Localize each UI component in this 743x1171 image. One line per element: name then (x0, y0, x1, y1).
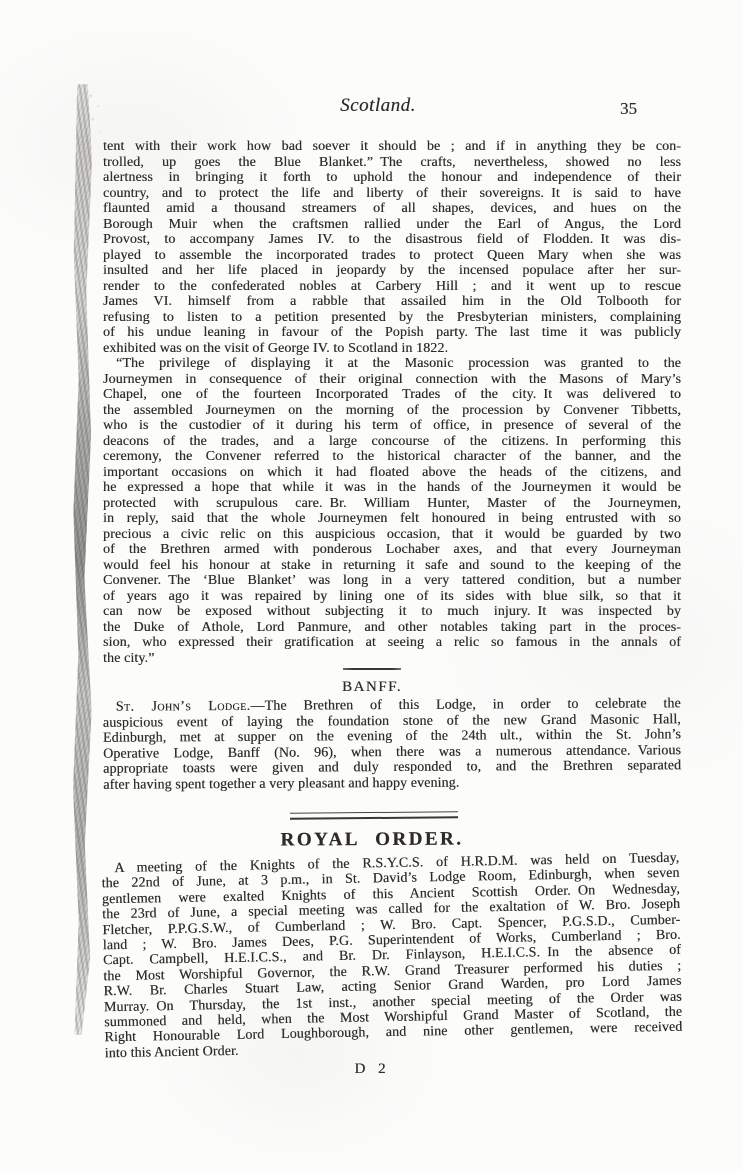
text-line: deacons of the trades, and a large conco… (103, 434, 681, 450)
text-line: Convener. The ‘Blue Blanket’ was long in… (103, 573, 681, 589)
section-heading-royal-order: ROYAL ORDER. (83, 827, 661, 852)
text-line: refusing to listen to a petition present… (103, 310, 681, 326)
text-line: James VI. himself from a rabble that ass… (103, 294, 681, 310)
scanned-book-page: Scotland. 35 tent with their work how ba… (0, 0, 743, 1171)
text-line: trolled, up goes the Blue Blanket.” The … (103, 155, 681, 171)
text-line: “The privilege of displaying it at the M… (103, 356, 681, 372)
text-line: tent with their work how bad soever it s… (103, 139, 681, 155)
text-line: protected with scrupulous care. Br. Will… (103, 496, 681, 512)
text-line: render to the confederated nobles at Car… (103, 279, 681, 295)
text-line: sion, who expressed their gratification … (103, 635, 681, 651)
text-line: of his undue leaning in favour of the Po… (103, 325, 681, 341)
paragraph-banff-rest: auspicious event of laying the foundatio… (103, 712, 681, 793)
lodge-name-smallcaps: St. John’s Lodge. (116, 699, 251, 715)
text-line: the assembled Journeymen on the morning … (103, 403, 681, 419)
section-divider-double-rule (290, 811, 458, 819)
section-heading-banff: BANFF. (83, 679, 661, 696)
text-line: can now be exposed without subjecting it… (103, 604, 681, 620)
printer-signature-mark: D 2 (81, 1061, 659, 1078)
text-line: Chapel, one of the fourteen Incorporated… (103, 387, 681, 403)
text-line: who is the custodier of it during his te… (103, 418, 681, 434)
paragraph-royal-order: A meeting of the Knights of the R.S.Y.C.… (101, 851, 683, 1062)
text-line: after having spent together a very pleas… (103, 774, 681, 793)
text-line: ceremony, the Convener referred to the h… (103, 449, 681, 465)
paragraph-blue-blanket-2: “The privilege of displaying it at the M… (103, 356, 681, 666)
text-line: flaunted amid a thousand streamers of al… (103, 201, 681, 217)
text-line: important occasions on which it had floa… (103, 465, 681, 481)
text-line: he expressed a hope that while it was in… (103, 480, 681, 496)
paragraph-banff: St. John’s Lodge.—The Brethren of this L… (103, 696, 682, 793)
text-line: exhibited was on the visit of George IV.… (103, 341, 681, 357)
paragraph-banff-line1-rest: —The Brethren of this Lodge, in order to… (250, 696, 680, 714)
text-line: country, and to protect the life and lib… (103, 186, 681, 202)
text-line: in reply, said that the whole Journeymen… (103, 511, 681, 527)
text-line: Borough Muir when the craftsmen rallied … (103, 217, 681, 233)
text-line: precious a civic relic on this auspiciou… (103, 527, 681, 543)
running-header-title: Scotland. (89, 95, 667, 117)
paragraph-blue-blanket-1: tent with their work how bad soever it s… (103, 139, 681, 356)
page-number: 35 (620, 99, 637, 119)
text-line: Journeymen in consequence of their origi… (103, 372, 681, 388)
text-line: played to assemble the incorporated trad… (103, 248, 681, 264)
section-divider-rule (343, 668, 401, 670)
text-line: would feel his honour at stake in return… (103, 558, 681, 574)
scan-edge-artifact (73, 84, 92, 1035)
text-line: insulted and her life placed in jeopardy… (103, 263, 681, 279)
text-line: the Duke of Athole, Lord Panmure, and ot… (103, 620, 681, 636)
text-line: the city.” (103, 651, 681, 667)
text-line: Provost, to accompany James IV. to the d… (103, 232, 681, 248)
text-line: of years ago it was repaired by lining o… (103, 589, 681, 605)
text-line: of the Brethren armed with ponderous Loc… (103, 542, 681, 558)
text-line: alertness in bringing it forth to uphold… (103, 170, 681, 186)
